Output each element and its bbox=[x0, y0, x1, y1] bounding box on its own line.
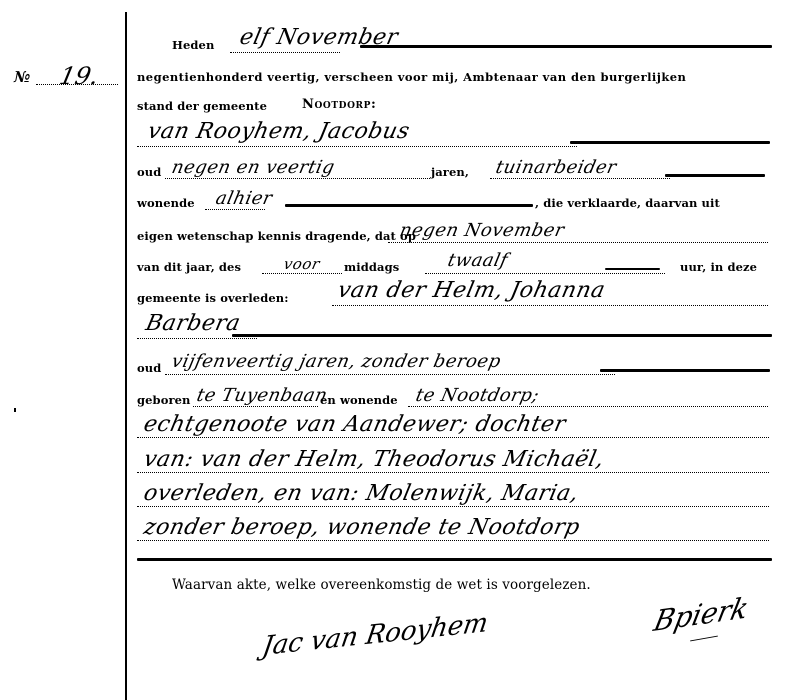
hand-mother-line: overleden, en van: Molenwijk, Maria, bbox=[142, 484, 580, 504]
closing-separator-line bbox=[137, 558, 772, 561]
age2-dotted-line bbox=[165, 374, 615, 375]
hand-residence: te Nootdorp; bbox=[414, 386, 541, 406]
mother-dotted-line bbox=[137, 506, 769, 507]
printed-en-wonende: en wonende bbox=[320, 393, 398, 407]
printed-closing: Waarvan akte, welke overeenkomstig de we… bbox=[172, 578, 591, 592]
hour-fill-line bbox=[605, 268, 660, 270]
hand-hour: twaalf bbox=[446, 251, 510, 271]
printed-geboren: geboren bbox=[137, 393, 191, 407]
occupation-dotted-line bbox=[490, 178, 670, 179]
signature-official: Bpierk bbox=[651, 591, 752, 638]
age-dotted-line bbox=[165, 178, 430, 179]
residence-dotted-line bbox=[205, 209, 265, 210]
deathdate-dotted-line bbox=[388, 242, 768, 243]
printed-oud-2: oud bbox=[137, 361, 161, 375]
spouse-dotted-line bbox=[137, 437, 769, 438]
printed-middags: middags bbox=[344, 260, 399, 274]
father-dotted-line bbox=[137, 472, 769, 473]
residence2-dotted-line bbox=[408, 406, 768, 407]
hand-declarant-age: negen en veertig bbox=[170, 158, 337, 178]
hand-deceased: van der Helm, Johanna bbox=[336, 281, 607, 301]
record-number-label: № bbox=[14, 68, 30, 86]
printed-place: Nootdorp: bbox=[302, 98, 376, 112]
printed-wonende: wonende bbox=[137, 196, 195, 210]
date-fill-line bbox=[360, 45, 772, 48]
hand-birthplace: te Tuyenbaan bbox=[195, 386, 329, 406]
hand-deceased-age-occupation: vijfenveertig jaren, zonder beroep bbox=[170, 352, 503, 372]
record-number: 19. bbox=[57, 62, 101, 90]
occupation-fill-line bbox=[665, 174, 765, 177]
residence-fill-line bbox=[285, 204, 533, 207]
birthplace-dotted-line bbox=[193, 406, 318, 407]
scan-speck bbox=[14, 408, 16, 412]
signature-flourish bbox=[690, 636, 718, 642]
printed-line3: stand der gemeente bbox=[137, 99, 267, 113]
hand-death-date: negen November bbox=[398, 221, 566, 241]
hand-deceased-cont: Barbera bbox=[144, 314, 242, 334]
declarant-fill-line bbox=[570, 141, 770, 144]
declarant-dotted-line bbox=[137, 146, 577, 147]
age2-fill-line bbox=[600, 369, 770, 372]
printed-vandit: van dit jaar, des bbox=[137, 260, 241, 274]
printed-line2: negentienhonderd veertig, verscheen voor… bbox=[137, 70, 686, 84]
deceased2-fill-line bbox=[232, 334, 772, 337]
deceased2-dotted-line bbox=[137, 338, 257, 339]
hour-dotted-line bbox=[425, 273, 665, 274]
hand-father-line: van: van der Helm, Theodorus Michaël, bbox=[142, 450, 606, 470]
hand-mother2-line: zonder beroep, wonende te Nootdorp bbox=[142, 518, 582, 538]
hand-date: elf November bbox=[238, 28, 400, 48]
margin-rule bbox=[125, 12, 127, 700]
hand-spouse-line: echtgenoote van Aandewer; dochter bbox=[142, 415, 568, 435]
hand-time-part: voor bbox=[282, 254, 322, 274]
printed-uur: uur, in deze bbox=[680, 260, 757, 274]
printed-verklaarde: , die verklaarde, daarvan uit bbox=[535, 196, 720, 210]
printed-jaren: jaren, bbox=[431, 165, 469, 179]
date-dotted-line bbox=[230, 52, 340, 53]
death-certificate-page: № 19. Heden elf November negentienhonder… bbox=[0, 0, 800, 700]
mother2-dotted-line bbox=[137, 540, 769, 541]
deceased-dotted-line bbox=[332, 305, 768, 306]
hand-declarant-occupation: tuinarbeider bbox=[494, 158, 618, 178]
hand-declarant: van Rooyhem, Jacobus bbox=[146, 122, 412, 142]
printed-gemeente: gemeente is overleden: bbox=[137, 291, 289, 305]
printed-heden: Heden bbox=[172, 38, 214, 52]
hand-declarant-residence: alhier bbox=[214, 189, 274, 209]
printed-eigen: eigen wetenschap kennis dragende, dat op bbox=[137, 229, 416, 243]
printed-oud: oud bbox=[137, 165, 161, 179]
signature-declarant: Jac van Rooyhem bbox=[260, 608, 490, 662]
